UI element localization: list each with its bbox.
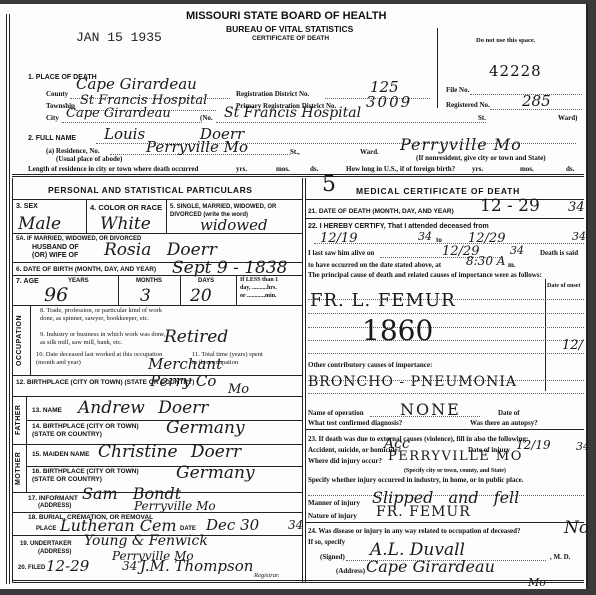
- physician-address-value: Cape Girardeau: [366, 557, 495, 576]
- father-name-value: Andrew Doerr: [78, 398, 208, 418]
- age-days-value: 20: [190, 286, 212, 306]
- father-name-label: 13. NAME: [32, 407, 62, 414]
- to-label: to: [436, 236, 442, 244]
- operation-value: NONE: [400, 400, 461, 419]
- registered-no-label: Registered No.: [446, 101, 490, 109]
- md-label: , M. D.: [550, 553, 570, 561]
- attended-from-year-value: 34: [418, 230, 432, 243]
- personal-section-title: PERSONAL AND STATISTICAL PARTICULARS: [48, 185, 252, 195]
- nonresident-value: Perryville Mo: [400, 135, 522, 154]
- residence-value: Perryville Mo: [146, 138, 248, 156]
- less-label-2: day, ..........hrs.: [240, 285, 277, 291]
- principal-label: The principal cause of death and related…: [308, 271, 542, 279]
- where-label: Where did injury occur?: [308, 457, 382, 465]
- last-saw-label: I last saw him alive on: [308, 249, 374, 257]
- last-saw-year-value: 34: [510, 244, 524, 257]
- dob-label: 6. DATE OF BIRTH (MONTH, DAY, AND YEAR): [16, 266, 156, 273]
- race-label: 4. COLOR OR RACE: [90, 203, 162, 212]
- foreign-ds-label: ds.: [566, 165, 574, 173]
- dod-year-value: 34: [568, 200, 585, 215]
- filed-label: 20. FILED: [18, 565, 45, 571]
- full-name-label: 2. FULL NAME: [28, 135, 76, 142]
- mother-birthplace-label: 16. BIRTHPLACE (CITY OR TOWN) (STATE OR …: [32, 468, 152, 484]
- autopsy-label: Was there an autopsy?: [470, 419, 538, 427]
- occupation-related-label: 24. Was disease or injury in any way rel…: [308, 527, 521, 535]
- spouse-label-2: HUSBAND OF: [32, 244, 79, 251]
- cause-1-value: FR. L. FEMUR: [310, 290, 456, 311]
- months-label: MONTHS: [136, 278, 162, 284]
- test-label: What test confirmed diagnosis?: [308, 419, 402, 427]
- age-months-value: 3: [140, 286, 151, 306]
- marital-value: widowed: [200, 216, 268, 234]
- spouse-value: Rosia Doerr: [104, 240, 217, 260]
- header-title: MISSOURI STATE BOARD OF HEALTH: [186, 10, 386, 22]
- foreign-mos-label: mos.: [520, 165, 534, 173]
- manner-label: Manner of injury: [308, 499, 360, 507]
- st-label: St.: [478, 114, 486, 122]
- age-years-value: 96: [44, 284, 68, 306]
- sex-label: 3. SEX: [16, 203, 38, 210]
- onset-value: 12/: [562, 338, 583, 353]
- residence-label: (a) Residence, No.: [46, 147, 100, 155]
- father-birthplace-label: 14. BIRTHPLACE (CITY OR TOWN) (STATE OR …: [32, 423, 152, 439]
- age-label: 7. AGE: [16, 278, 39, 285]
- where-value: PERRYVILLE MO: [388, 449, 523, 464]
- length-yrs-label: yrs.: [236, 165, 247, 173]
- residence-sub-label: (Usual place of abode): [56, 155, 122, 163]
- medical-section-title: MEDICAL CERTIFICATE OF DEATH: [356, 186, 520, 196]
- burial-date-value: Dec 30: [206, 516, 259, 534]
- spouse-label-3: (OR) WIFE OF: [32, 252, 78, 259]
- ward-label: Ward): [558, 114, 577, 122]
- certify-label: 22. I HEREBY CERTIFY, That I attended de…: [308, 223, 489, 230]
- county-value: Cape Girardeau: [76, 75, 197, 93]
- occurred-label: to have occurred on the date stated abov…: [308, 261, 441, 269]
- registrar-label: Registrar.: [254, 572, 279, 579]
- header-subtitle: BUREAU OF VITAL STATISTICS: [226, 24, 353, 34]
- registration-district-label: Registration District No.: [236, 90, 309, 98]
- m-label: m.: [508, 261, 516, 269]
- file-no-label: File No.: [446, 86, 469, 94]
- county-label: County: [46, 90, 68, 98]
- section-marker: 5: [322, 172, 336, 197]
- foreign-label: How long in U.S., if of foreign birth?: [346, 165, 455, 173]
- residence-st-label: St.,: [290, 148, 300, 156]
- father-vertical-label: FATHER: [15, 399, 22, 441]
- address-label: (Address): [336, 567, 365, 575]
- length-residence-label: Length of residence in city or town wher…: [28, 165, 198, 173]
- burial-place-label: PLACE: [36, 526, 56, 532]
- sex-value: Male: [18, 214, 61, 234]
- attended-to-year-value: 34: [572, 230, 586, 243]
- mother-name-value: Christine Doerr: [98, 442, 241, 462]
- operation-date-label: Date of: [498, 409, 520, 417]
- informant-address-value: Perryville Mo: [134, 499, 216, 513]
- death-said-label: Death is said: [540, 249, 578, 257]
- section-divider: [12, 174, 584, 177]
- total-time-label: 11. Total time (years) spent in this occ…: [192, 351, 268, 366]
- registered-no: 285: [522, 92, 551, 110]
- length-ds-label: ds.: [310, 165, 318, 173]
- date-onset-label: Date of onset: [547, 283, 580, 289]
- occupation-related-value: No: [564, 518, 589, 538]
- specify-place-label: Specify whether injury occurred in indus…: [308, 476, 523, 484]
- city-label: City: [46, 114, 59, 122]
- years-label: YEARS: [68, 278, 89, 284]
- other-causes-label: Other contributory causes of importance:: [308, 361, 432, 369]
- primary-registration-value: 3009: [366, 93, 412, 111]
- mother-name-label: 15. MAIDEN NAME: [32, 451, 89, 458]
- received-stamp: JAN 15 1935: [76, 30, 162, 45]
- operation-label: Name of operation: [308, 409, 364, 417]
- occupation-vertical-label: OCCUPATION: [16, 309, 23, 371]
- registrar-signature: J.M. Thompson: [140, 557, 253, 575]
- birthplace-state-value: Mo: [228, 382, 249, 397]
- external-causes-label: 23. If death was due to external causes …: [308, 435, 528, 443]
- death-certificate: JAN 15 1935 MISSOURI STATE BOARD OF HEAL…: [0, 4, 588, 589]
- last-worked-label: 10. Date deceased last worked at this oc…: [36, 351, 166, 366]
- if-so-label: If so, specify: [308, 538, 345, 546]
- undertaker-value: Young & Fenwick: [84, 533, 208, 549]
- attended-from-value: 12/19: [320, 231, 357, 246]
- industry-label: 9. Industry or business in which work wa…: [40, 331, 170, 346]
- days-label: DAYS: [198, 278, 214, 284]
- city-value: Cape Girardeau: [66, 106, 171, 121]
- filed-value: 12-29: [46, 557, 89, 575]
- burial-date-label: DATE: [180, 526, 196, 532]
- dod-label: 21. DATE OF DEATH (MONTH, DAY, AND YEAR): [308, 208, 454, 215]
- foreign-yrs-label: yrs.: [472, 165, 483, 173]
- residence-ward-label: Ward.: [360, 148, 379, 156]
- nature-value: FR. FEMUR: [376, 504, 471, 520]
- birthplace-value: Perry Co: [150, 372, 216, 390]
- physician-address-state-value: Mo: [528, 576, 546, 589]
- mother-vertical-label: MOTHER: [15, 447, 22, 489]
- left-border-inner: [9, 14, 10, 584]
- race-value: White: [100, 214, 151, 234]
- cause-2-value: 1860: [362, 314, 433, 347]
- contributory-value: BRONCHO - PNEUMONIA: [308, 374, 517, 390]
- informant-address-label: (ADDRESS): [38, 503, 71, 509]
- nonresident-note: (If nonresident, give city or town and S…: [416, 154, 546, 162]
- institution-value: St Francis Hospital: [224, 105, 361, 121]
- industry-value: Retired: [164, 327, 228, 347]
- header-divider: [437, 28, 438, 108]
- less-label-1: If LESS than 1: [240, 277, 278, 283]
- length-mos-label: mos.: [276, 165, 290, 173]
- informant-label: 17. INFORMANT: [28, 495, 78, 502]
- burial-year-value: 34: [288, 518, 303, 532]
- dod-value: 12 - 29: [480, 196, 540, 216]
- injury-year-value: 34: [576, 440, 590, 453]
- no-label: (No.: [200, 114, 213, 122]
- mother-birthplace-value: Germany: [176, 463, 255, 483]
- reserved-note: Do not use this space.: [476, 37, 535, 44]
- header-certificate: CERTIFICATE OF DEATH: [252, 35, 329, 42]
- time-value: 8:30 A: [466, 254, 505, 268]
- undertaker-label: 19. UNDERTAKER: [20, 541, 72, 547]
- onset-column-divider: [545, 279, 546, 391]
- father-birthplace-value: Germany: [166, 418, 245, 438]
- specify-city-label: (Specify city or town, county, and State…: [404, 468, 506, 474]
- undertaker-address-label: (ADDRESS): [38, 549, 71, 555]
- filed-year-value: 34: [122, 559, 137, 573]
- less-label-3: or ............min.: [240, 293, 277, 299]
- left-border: [6, 14, 7, 584]
- signed-label: (Signed): [320, 553, 345, 561]
- trade-label: 8. Trade, profession, or particular kind…: [40, 307, 170, 322]
- nature-label: Nature of injury: [308, 512, 357, 520]
- file-number-stamp: 42228: [489, 62, 542, 80]
